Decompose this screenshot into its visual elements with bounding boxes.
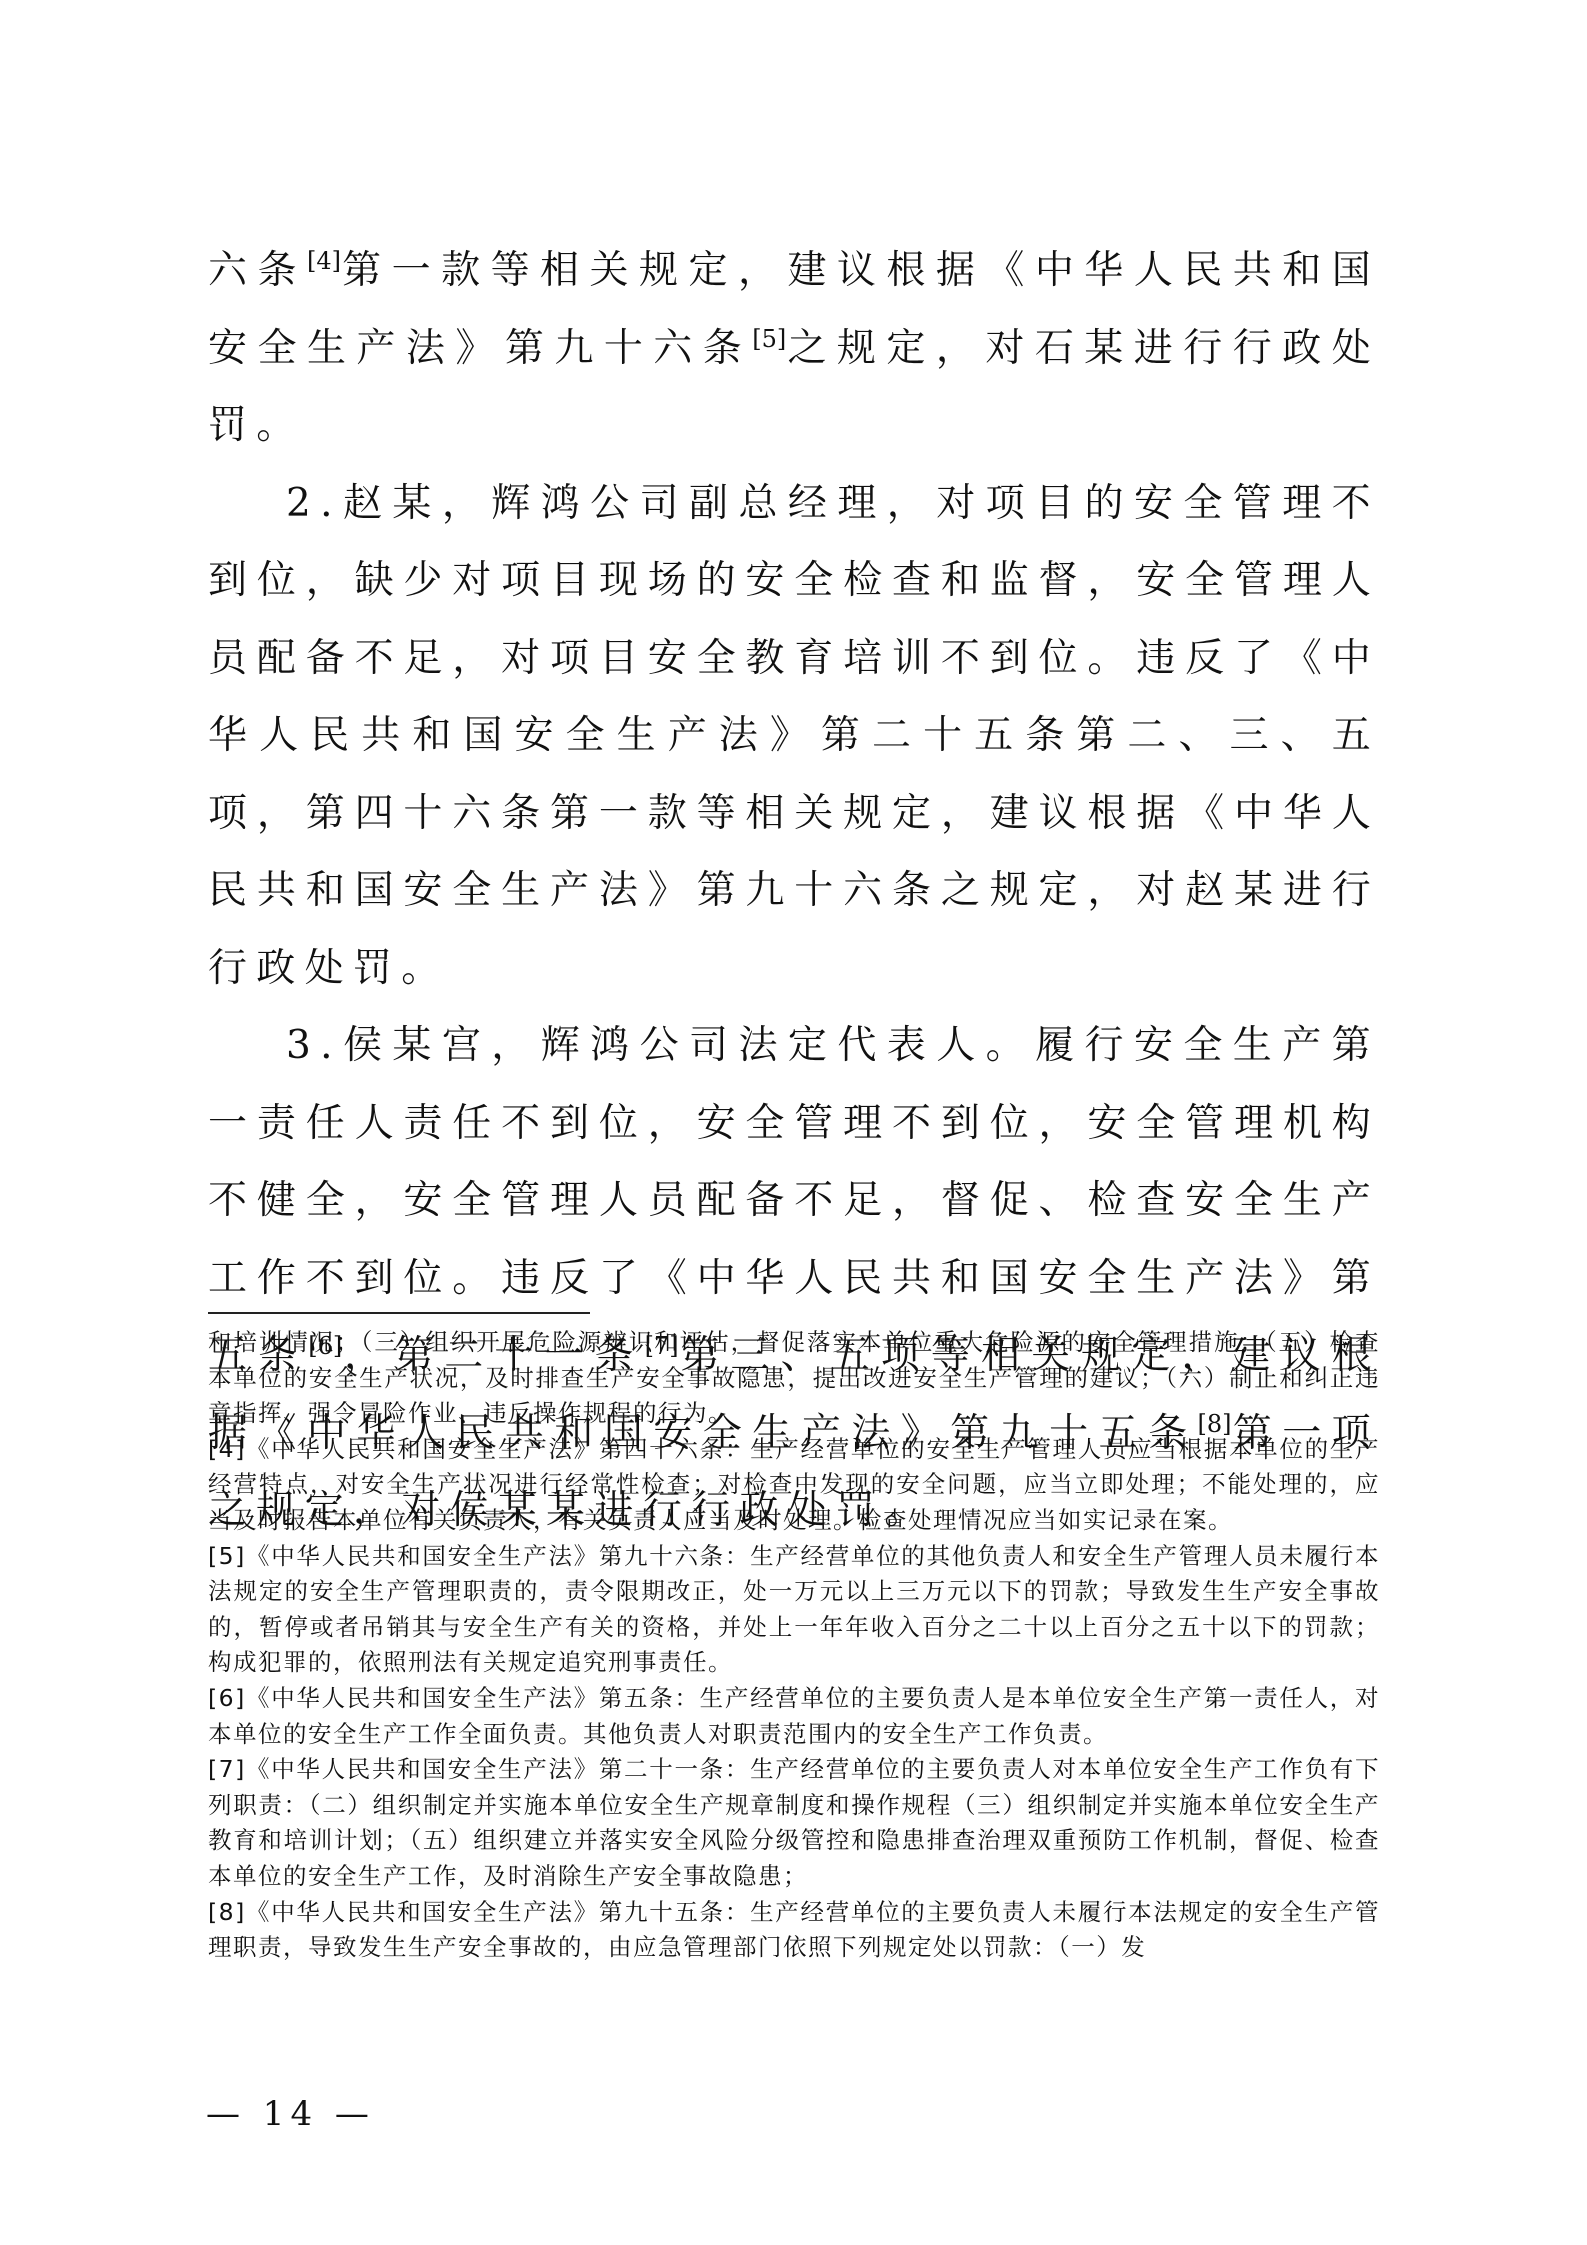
paragraph-2: 2.赵某，辉鸿公司副总经理，对项目的安全管理不到位，缺少对项目现场的安全检查和监…: [208, 465, 1380, 1008]
footnote-7: [7]《中华人民共和国安全生产法》第二十一条：生产经营单位的主要负责人对本单位安…: [208, 1752, 1380, 1894]
footnote-6: [6]《中华人民共和国安全生产法》第五条：生产经营单位的主要负责人是本单位安全生…: [208, 1681, 1380, 1752]
footnotes: 和培训情况；（三）组织开展危险源辨识和评估，督促落实本单位重大危险源的安全管理措…: [208, 1325, 1380, 1966]
footnote-divider: [208, 1312, 590, 1314]
footnote-4: [4]《中华人民共和国安全生产法》第四十六条：生产经营单位的安全生产管理人员应当…: [208, 1432, 1380, 1539]
footnote-ref-4[interactable]: [4]: [307, 247, 341, 275]
document-page: 六条[4]第一款等相关规定，建议根据《中华人民共和国安全生产法》第九十六条[5]…: [0, 0, 1587, 2245]
paragraph-1-continued: 六条[4]第一款等相关规定，建议根据《中华人民共和国安全生产法》第九十六条[5]…: [208, 232, 1380, 465]
footnote-8: [8]《中华人民共和国安全生产法》第九十五条：生产经营单位的主要负责人未履行本法…: [208, 1895, 1380, 1966]
footnote-ref-5[interactable]: [5]: [752, 325, 786, 353]
page-number: — 14 —: [206, 2094, 375, 2134]
footnote-continued: 和培训情况；（三）组织开展危险源辨识和评估，督促落实本单位重大危险源的安全管理措…: [208, 1325, 1380, 1432]
footnote-5: [5]《中华人民共和国安全生产法》第九十六条：生产经营单位的其他负责人和安全生产…: [208, 1539, 1380, 1681]
text-run: 六条: [208, 248, 307, 293]
